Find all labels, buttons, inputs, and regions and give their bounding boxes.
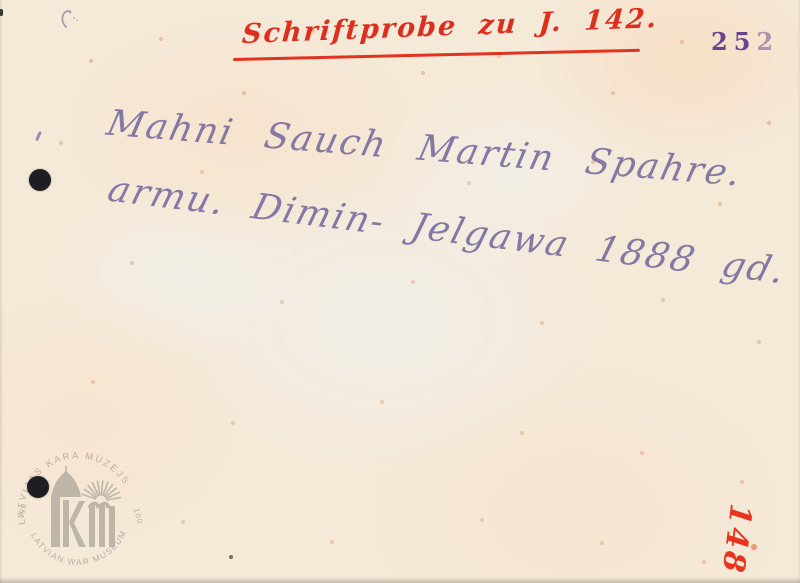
scan-edge-bottom: [0, 577, 800, 583]
scan-edge-left: [0, 0, 3, 583]
pencil-mark: [52, 5, 82, 35]
title-inscription: Schriftprobe zu J. 142.: [241, 4, 659, 50]
museum-watermark-logo: LKm LATVIJAS KARA MUZEJS LATVIAN WAR MUS…: [10, 443, 150, 583]
lkm-monogram-icon: [51, 466, 121, 547]
hole-punch: [29, 169, 51, 191]
stamp-digit: 2: [711, 27, 734, 56]
scanned-card: Schriftprobe zu J. 142. 252 Mahni Sauch …: [0, 0, 800, 583]
sun-rays-icon: [82, 481, 121, 500]
hole-punch: [27, 476, 49, 498]
stamp-digit: 5: [734, 27, 757, 56]
stamp-digit-faded: 2: [756, 27, 779, 56]
watermark-100-right: 100: [132, 507, 145, 525]
page-number-stamp: 252: [711, 27, 779, 56]
corner-number: 148: [715, 502, 758, 577]
pencil-tick-mark: [35, 131, 41, 141]
title-underline: [233, 49, 640, 61]
